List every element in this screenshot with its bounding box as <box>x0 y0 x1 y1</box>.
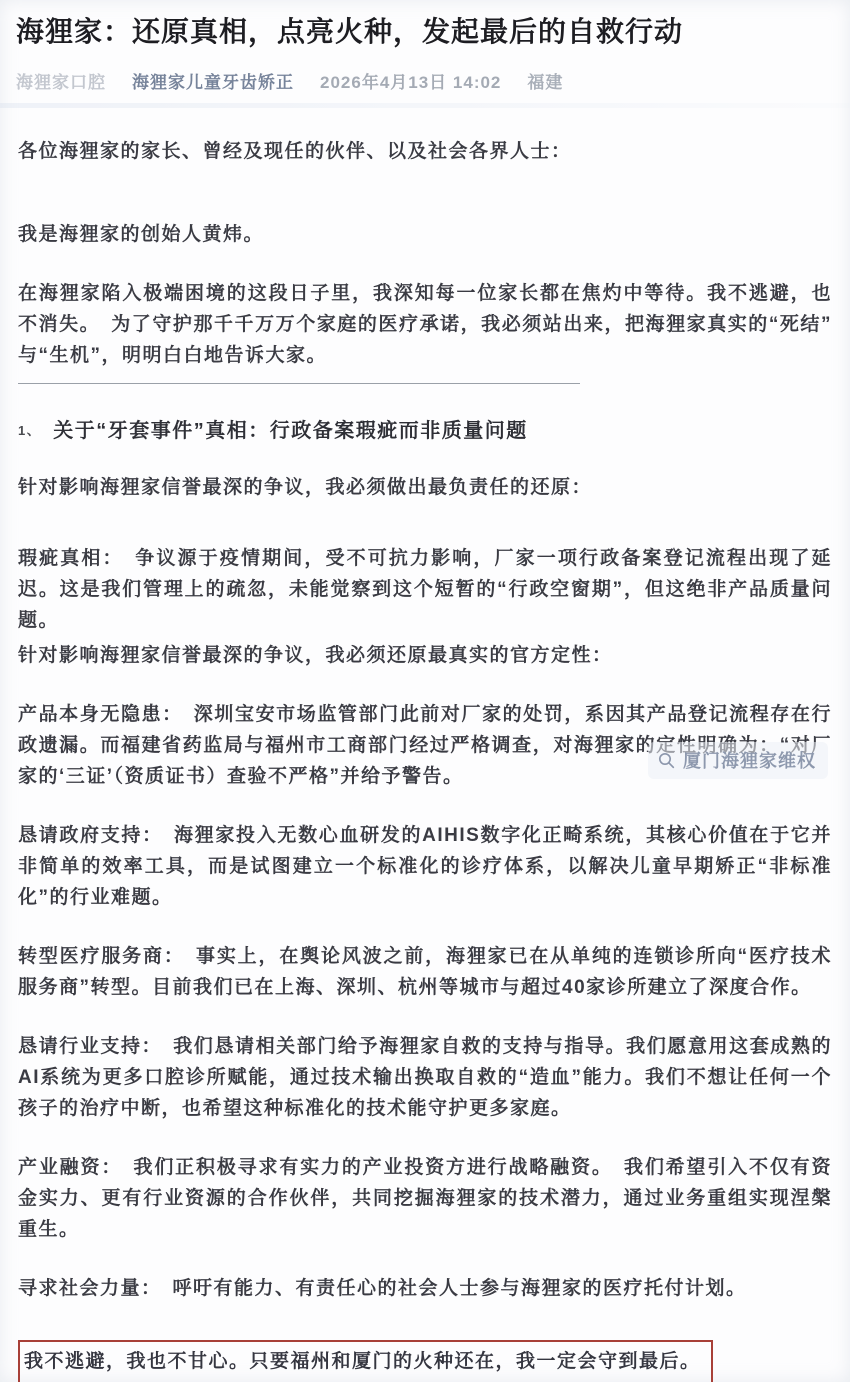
watermark-label: 厦门海狸家维权 <box>683 747 816 773</box>
paragraph: 转型医疗服务商： 事实上，在舆论风波之前，海狸家已在从单纯的连锁诊所向“医疗技术… <box>18 941 832 1003</box>
article-meta: 海狸家口腔 海狸家儿童牙齿矫正 2026年4月13日 14:02 福建 <box>16 68 834 93</box>
search-watermark-tag[interactable]: 厦门海狸家维权 <box>648 742 828 779</box>
meta-location: 福建 <box>527 68 563 93</box>
paragraph: 恳请政府支持： 海狸家投入无数心血研发的AIHIS数字化正畸系统，其核心价值在于… <box>18 820 832 913</box>
meta-source[interactable]: 海狸家口腔 <box>16 68 106 93</box>
section-heading: 1、关于“牙套事件”真相：行政备案瑕疵而非质量问题 <box>18 418 832 444</box>
meta-date: 2026年4月13日 14:02 <box>320 68 501 93</box>
paragraph: 我是海狸家的创始人黄炜。 <box>18 219 832 250</box>
paragraph: 恳请行业支持： 我们恳请相关部门给予海狸家自救的支持与指导。我们愿意用这套成熟的… <box>18 1031 832 1124</box>
heading-text: 关于“牙套事件”真相：行政备案瑕疵而非质量问题 <box>53 420 528 442</box>
section-divider <box>18 383 580 384</box>
article-title: 海狸家：还原真相，点亮火种，发起最后的自救行动 <box>16 14 834 50</box>
paragraph: 产业融资： 我们正积极寻求有实力的产业投资方进行战略融资。 我们希望引入不仅有资… <box>18 1152 832 1245</box>
article-page: 海狸家：还原真相，点亮火种，发起最后的自救行动 海狸家口腔 海狸家儿童牙齿矫正 … <box>0 0 850 1382</box>
paragraph: 瑕疵真相： 争议源于疫情期间，受不可抗力影响，厂家一项行政备案登记流程出现了延迟… <box>18 543 832 636</box>
heading-number: 1、 <box>18 423 41 438</box>
meta-divider <box>0 103 850 108</box>
highlight-pledge-box: 我不逃避，我也不甘心。只要福州和厦门的火种还在，我一定会守到最后。 <box>18 1340 713 1382</box>
search-icon <box>658 752 675 769</box>
paragraph: 针对影响海狸家信誉最深的争议，我必须做出最负责任的还原： <box>18 472 832 503</box>
paragraph: 各位海狸家的家长、曾经及现任的伙伴、以及社会各界人士： <box>18 136 832 167</box>
paragraph: 在海狸家陷入极端困境的这段日子里，我深知每一位家长都在焦灼中等待。我不逃避，也不… <box>18 278 832 371</box>
paragraph: 寻求社会力量： 呼吁有能力、有责任心的社会人士参与海狸家的医疗托付计划。 <box>18 1273 832 1304</box>
meta-author-link[interactable]: 海狸家儿童牙齿矫正 <box>132 68 294 93</box>
paragraph: 针对影响海狸家信誉最深的争议，我必须还原最真实的官方定性： <box>18 640 832 671</box>
